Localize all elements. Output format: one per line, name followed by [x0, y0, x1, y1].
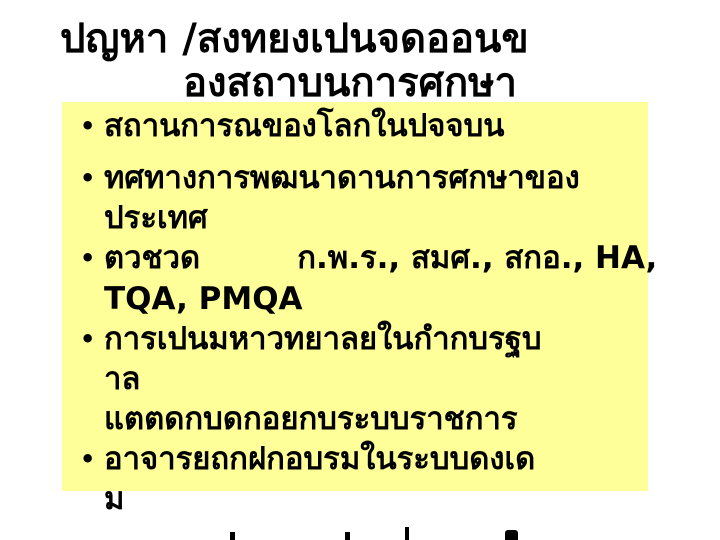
- presentation-slide: ปญหา /สงทยงเปนจดออนข องสถาบนการศกษา •สถา…: [0, 0, 720, 540]
- bullet-item: •ตวชวด ก.พ.ร., สมศ., สกอ., HA,: [80, 238, 657, 278]
- bullet-marker: •: [80, 238, 104, 278]
- clipped-glyph-fragment: [405, 527, 409, 540]
- clipped-glyph-fragment: [230, 532, 235, 540]
- bullet-text-continuation: าล: [104, 359, 140, 399]
- bullet-item: •การเปนมหาวทยาลยในกำกบรฐบ: [80, 319, 542, 359]
- bullet-text: การเปนมหาวทยาลยในกำกบรฐบ: [104, 321, 542, 357]
- bullet-text-continuation: TQA, PMQA: [104, 279, 303, 319]
- clipped-glyph-fragment: [505, 530, 518, 540]
- bullet-text-continuation: แตตดกบดกอยกบระบบราชการ: [104, 399, 518, 439]
- bullet-marker: •: [80, 319, 104, 359]
- bullet-marker: •: [80, 439, 104, 479]
- bullet-list: •สถานการณของโลกในปจจบน •ทศทางการพฒนาดานก…: [0, 0, 720, 540]
- bullet-marker: •: [80, 158, 104, 198]
- bullet-text: ทศทางการพฒนาดานการศกษาของ: [104, 160, 580, 196]
- bullet-item: •อาจารยถกฝกอบรมในระบบดงเด: [80, 439, 535, 479]
- clipped-glyph-fragment: [345, 532, 350, 540]
- bullet-marker: •: [80, 106, 104, 146]
- bullet-text: สถานการณของโลกในปจจบน: [104, 108, 504, 144]
- bullet-text: อาจารยถกฝกอบรมในระบบดงเด: [104, 441, 535, 477]
- bullet-item: •ทศทางการพฒนาดานการศกษาของ: [80, 158, 580, 198]
- bullet-item: •สถานการณของโลกในปจจบน: [80, 106, 504, 146]
- bullet-text: ตวชวด ก.พ.ร., สมศ., สกอ., HA,: [104, 240, 657, 276]
- bullet-text-continuation: ประเทศ: [104, 198, 208, 238]
- bullet-text-continuation: ม: [104, 479, 124, 519]
